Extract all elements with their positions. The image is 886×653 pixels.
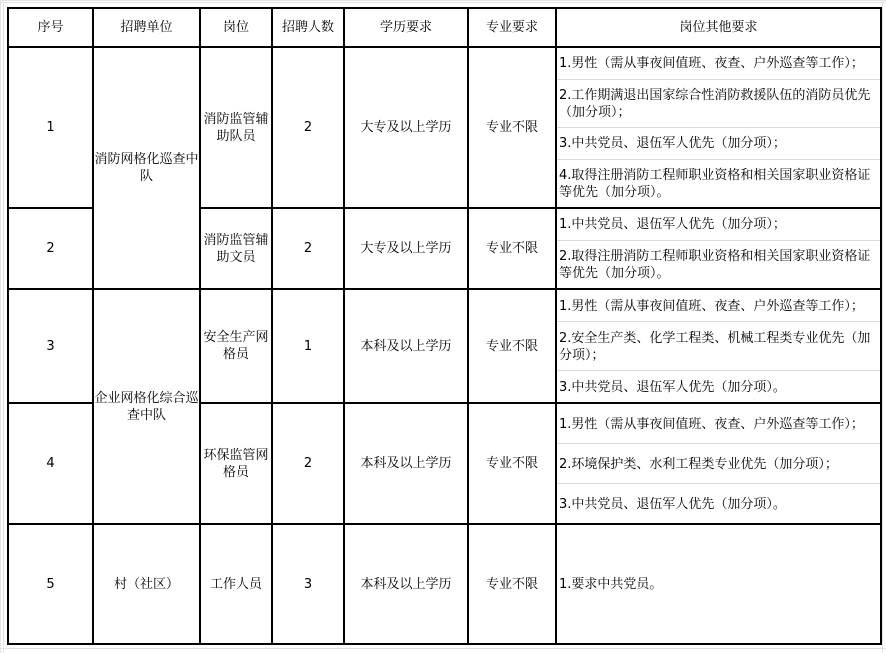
header-education: 学历要求 [344, 8, 468, 47]
cell-education: 本科及以上学历 [344, 524, 468, 644]
requirement-item: 2.取得注册消防工程师职业资格和相关国家职业资格证等优先（加分项）。 [557, 241, 880, 289]
cell-unit: 村（社区） [93, 524, 200, 644]
requirement-item: 1.男性（需从事夜间值班、夜查、户外巡查等工作）； [557, 404, 880, 444]
cell-seq: 1 [8, 47, 93, 208]
cell-position: 消防监管辅助文员 [200, 208, 272, 289]
cell-seq: 3 [8, 289, 93, 403]
requirement-item: 3.中共党员、退伍军人优先（加分项）； [557, 128, 880, 160]
requirement-item: 2.环境保护类、水利工程类专业优先（加分项）； [557, 444, 880, 484]
sheet-gridline [0, 2, 886, 3]
table-row: 3 企业网格化综合巡查中队 安全生产网格员 1 本科及以上学历 专业不限 1.男… [8, 289, 881, 403]
requirement-item: 1.要求中共党员。 [557, 525, 880, 643]
cell-seq: 4 [8, 403, 93, 524]
sheet-gridline [0, 648, 886, 649]
requirement-item: 2.工作期满退出国家综合性消防救援队伍的消防员优先（加分项）； [557, 80, 880, 129]
header-unit: 招聘单位 [93, 8, 200, 47]
requirement-item: 1.男性（需从事夜间值班、夜查、户外巡查等工作）； [557, 290, 880, 322]
requirement-item: 3.中共党员、退伍军人优先（加分项）。 [557, 371, 880, 402]
cell-major: 专业不限 [468, 208, 556, 289]
header-position: 岗位 [200, 8, 272, 47]
recruitment-table: 序号 招聘单位 岗位 招聘人数 学历要求 专业要求 岗位其他要求 1 消防网格化… [7, 7, 882, 645]
sheet-gridline [882, 0, 883, 653]
requirements-list: 1.男性（需从事夜间值班、夜查、户外巡查等工作）； 2.环境保护类、水利工程类专… [557, 404, 880, 523]
cell-position: 工作人员 [200, 524, 272, 644]
requirement-item: 3.中共党员、退伍军人优先（加分项）。 [557, 484, 880, 523]
requirement-item: 4.取得注册消防工程师职业资格和相关国家职业资格证等优先（加分项）。 [557, 160, 880, 208]
header-row: 序号 招聘单位 岗位 招聘人数 学历要求 专业要求 岗位其他要求 [8, 8, 881, 47]
requirement-item: 2.安全生产类、化学工程类、机械工程类专业优先（加分项）； [557, 322, 880, 371]
cell-requirements: 1.男性（需从事夜间值班、夜查、户外巡查等工作）； 2.安全生产类、化学工程类、… [556, 289, 881, 403]
cell-count: 3 [272, 524, 344, 644]
table-row: 1 消防网格化巡查中队 消防监管辅助队员 2 大专及以上学历 专业不限 1.男性… [8, 47, 881, 208]
cell-major: 专业不限 [468, 403, 556, 524]
cell-count: 1 [272, 289, 344, 403]
header-seq: 序号 [8, 8, 93, 47]
cell-requirements: 1.男性（需从事夜间值班、夜查、户外巡查等工作）； 2.环境保护类、水利工程类专… [556, 403, 881, 524]
cell-major: 专业不限 [468, 47, 556, 208]
cell-unit: 消防网格化巡查中队 [93, 47, 200, 289]
cell-position: 安全生产网格员 [200, 289, 272, 403]
cell-seq: 2 [8, 208, 93, 289]
cell-requirements: 1.中共党员、退伍军人优先（加分项）； 2.取得注册消防工程师职业资格和相关国家… [556, 208, 881, 289]
cell-count: 2 [272, 208, 344, 289]
header-count: 招聘人数 [272, 8, 344, 47]
cell-education: 大专及以上学历 [344, 47, 468, 208]
cell-major: 专业不限 [468, 524, 556, 644]
requirement-item: 1.男性（需从事夜间值班、夜查、户外巡查等工作）； [557, 48, 880, 80]
requirement-item: 1.中共党员、退伍军人优先（加分项）； [557, 209, 880, 241]
cell-position: 环保监管网格员 [200, 403, 272, 524]
sheet-gridline [3, 0, 4, 653]
cell-unit: 企业网格化综合巡查中队 [93, 289, 200, 524]
requirements-list: 1.中共党员、退伍军人优先（加分项）； 2.取得注册消防工程师职业资格和相关国家… [557, 209, 880, 288]
cell-education: 本科及以上学历 [344, 289, 468, 403]
cell-education: 大专及以上学历 [344, 208, 468, 289]
header-major: 专业要求 [468, 8, 556, 47]
cell-seq: 5 [8, 524, 93, 644]
header-other-requirements: 岗位其他要求 [556, 8, 881, 47]
requirements-list: 1.男性（需从事夜间值班、夜查、户外巡查等工作）； 2.工作期满退出国家综合性消… [557, 48, 880, 207]
table-row: 5 村（社区） 工作人员 3 本科及以上学历 专业不限 1.要求中共党员。 [8, 524, 881, 644]
cell-count: 2 [272, 403, 344, 524]
cell-position: 消防监管辅助队员 [200, 47, 272, 208]
cell-education: 本科及以上学历 [344, 403, 468, 524]
requirements-list: 1.男性（需从事夜间值班、夜查、户外巡查等工作）； 2.安全生产类、化学工程类、… [557, 290, 880, 402]
cell-major: 专业不限 [468, 289, 556, 403]
cell-requirements: 1.要求中共党员。 [556, 524, 881, 644]
cell-count: 2 [272, 47, 344, 208]
cell-requirements: 1.男性（需从事夜间值班、夜查、户外巡查等工作）； 2.工作期满退出国家综合性消… [556, 47, 881, 208]
